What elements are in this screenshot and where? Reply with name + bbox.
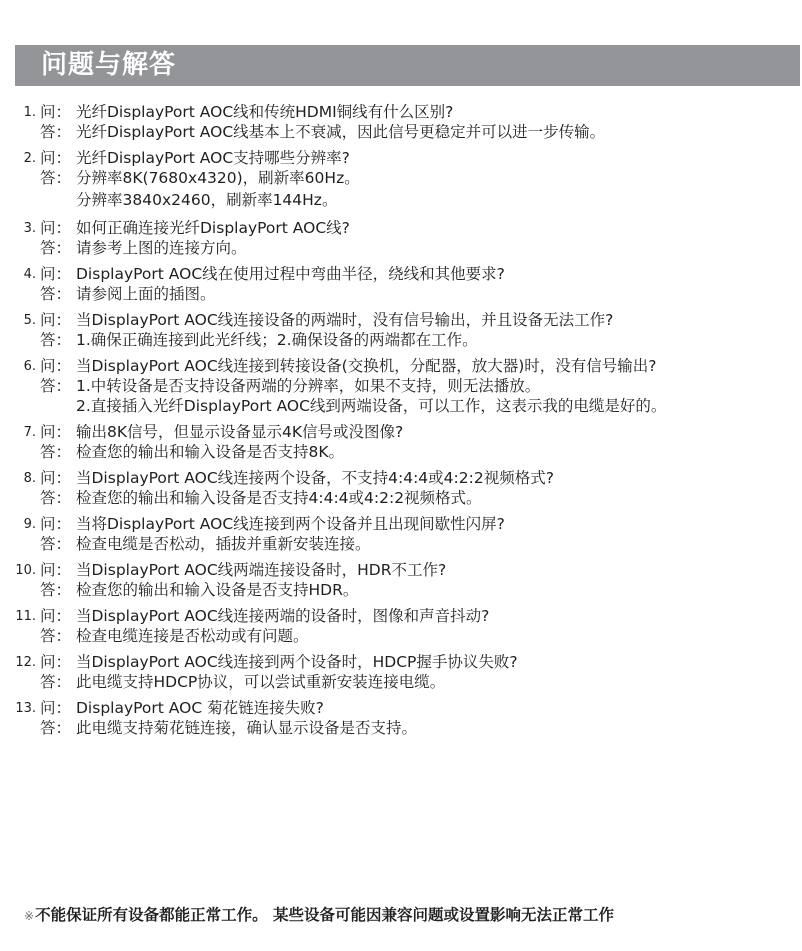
question-line: 4. 问： DisplayPort AOC线在使用过程中弯曲半径，绕线和其他要求… <box>0 264 802 284</box>
answer-line: 答： 此电缆支持HDCP协议，可以尝试重新安装连接电缆。 <box>0 672 802 692</box>
faq-item-5: 5. 问： 当DisplayPort AOC线连接设备的两端时，没有信号输出，并… <box>0 310 802 350</box>
question-text: 当DisplayPort AOC线连接两个设备，不支持4:4:4或4:2:2视频… <box>76 468 554 488</box>
answer-text: 检查您的输出和输入设备是否支持HDR。 <box>76 580 358 600</box>
question-text: 当将DisplayPort AOC线连接到两个设备并且出现间歇性闪屏? <box>76 514 505 534</box>
answer-label: 答： <box>40 122 71 142</box>
answer-text: 检查电缆连接是否松动或有问题。 <box>76 626 309 646</box>
question-text: 当DisplayPort AOC线连接两端的设备时，图像和声音抖动? <box>76 606 489 626</box>
answer-text: 分辨率3840x2460，刷新率144Hz。 <box>76 188 337 212</box>
question-label: 问： <box>40 514 71 534</box>
answer-line: 答： 请参考上图的连接方向。 <box>0 238 802 258</box>
item-number: 8. <box>24 468 36 489</box>
item-number: 1. <box>24 102 36 123</box>
answer-line: 答： 请参阅上面的插图。 <box>0 284 802 304</box>
question-label: 问： <box>40 148 71 168</box>
question-line: 13. 问： DisplayPort AOC 菊花链连接失败? <box>0 698 802 718</box>
question-label: 问： <box>40 468 71 488</box>
item-number: 12. <box>15 652 36 673</box>
question-text: 光纤DisplayPort AOC支持哪些分辨率? <box>76 148 350 168</box>
faq-item-7: 7. 问： 输出8K信号，但显示设备显示4K信号或没图像? 答： 检查您的输出和… <box>0 422 802 462</box>
question-text: DisplayPort AOC线在使用过程中弯曲半径，绕线和其他要求? <box>76 264 505 284</box>
answer-text: 请参阅上面的插图。 <box>76 284 216 304</box>
answer-label: 答： <box>40 488 71 508</box>
answer-text: 光纤DisplayPort AOC线基本上不衰减，因此信号更稳定并可以进一步传输… <box>76 122 605 142</box>
question-line: 9. 问： 当将DisplayPort AOC线连接到两个设备并且出现间歇性闪屏… <box>0 514 802 534</box>
question-line: 12. 问： 当DisplayPort AOC线连接到两个设备时，HDCP握手协… <box>0 652 802 672</box>
faq-item-3: 3. 问： 如何正确连接光纤DisplayPort AOC线? 答： 请参考上图… <box>0 218 802 258</box>
faq-item-13: 13. 问： DisplayPort AOC 菊花链连接失败? 答： 此电缆支持… <box>0 698 802 738</box>
answer-text: 1.确保正确连接到此光纤线；2.确保设备的两端都在工作。 <box>76 330 478 350</box>
question-text: 当DisplayPort AOC线连接到转接设备(交换机，分配器，放大器)时，没… <box>76 356 656 376</box>
question-line: 11. 问： 当DisplayPort AOC线连接两端的设备时，图像和声音抖动… <box>0 606 802 626</box>
faq-item-1: 1. 问： 光纤DisplayPort AOC线和传统HDMI铜线有什么区别? … <box>0 102 802 142</box>
answer-text: 检查您的输出和输入设备是否支持4:4:4或4:2:2视频格式。 <box>76 488 482 508</box>
question-label: 问： <box>40 422 71 442</box>
answer-line: 答： 此电缆支持菊花链连接，确认显示设备是否支持。 <box>0 718 802 738</box>
question-line: 10. 问： 当DisplayPort AOC线两端连接设备时，HDR不工作? <box>0 560 802 580</box>
question-line: 6. 问： 当DisplayPort AOC线连接到转接设备(交换机，分配器，放… <box>0 356 802 376</box>
answer-line-continued: 2.直接插入光纤DisplayPort AOC线到两端设备，可以工作，这表示我的… <box>0 396 802 416</box>
question-text: 输出8K信号，但显示设备显示4K信号或没图像? <box>76 422 403 442</box>
item-number: 5. <box>24 310 36 331</box>
question-text: 当DisplayPort AOC线两端连接设备时，HDR不工作? <box>76 560 446 580</box>
question-line: 5. 问： 当DisplayPort AOC线连接设备的两端时，没有信号输出，并… <box>0 310 802 330</box>
answer-label: 答： <box>40 580 71 600</box>
item-number: 4. <box>24 264 36 285</box>
answer-text: 1.中转设备是否支持设备两端的分辨率，如果不支持，则无法播放。 <box>76 376 540 396</box>
question-label: 问： <box>40 356 71 376</box>
answer-line-continued: 分辨率3840x2460，刷新率144Hz。 <box>0 188 802 212</box>
answer-line: 答： 检查您的输出和输入设备是否支持8K。 <box>0 442 802 462</box>
question-line: 1. 问： 光纤DisplayPort AOC线和传统HDMI铜线有什么区别? <box>0 102 802 122</box>
answer-line: 答： 1.确保正确连接到此光纤线；2.确保设备的两端都在工作。 <box>0 330 802 350</box>
answer-line: 答： 分辨率8K(7680x4320)，刷新率60Hz。 <box>0 168 802 188</box>
question-text: 如何正确连接光纤DisplayPort AOC线? <box>76 218 350 238</box>
answer-line: 答： 检查您的输出和输入设备是否支持4:4:4或4:2:2视频格式。 <box>0 488 802 508</box>
answer-label: 答： <box>40 718 71 738</box>
answer-text: 检查您的输出和输入设备是否支持8K。 <box>76 442 344 462</box>
disclaimer-text: 不能保证所有设备都能正常工作。 某些设备可能因兼容问题或设置影响无法正常工作 <box>35 906 614 924</box>
question-label: 问： <box>40 264 71 284</box>
answer-label: 答： <box>40 442 71 462</box>
answer-line: 答： 光纤DisplayPort AOC线基本上不衰减，因此信号更稳定并可以进一… <box>0 122 802 142</box>
faq-list: 1. 问： 光纤DisplayPort AOC线和传统HDMI铜线有什么区别? … <box>0 102 802 744</box>
question-line: 8. 问： 当DisplayPort AOC线连接两个设备，不支持4:4:4或4… <box>0 468 802 488</box>
answer-line: 答： 1.中转设备是否支持设备两端的分辨率，如果不支持，则无法播放。 <box>0 376 802 396</box>
faq-item-2: 2. 问： 光纤DisplayPort AOC支持哪些分辨率? 答： 分辨率8K… <box>0 148 802 212</box>
item-number: 6. <box>24 356 36 377</box>
item-number: 2. <box>24 148 36 169</box>
question-line: 7. 问： 输出8K信号，但显示设备显示4K信号或没图像? <box>0 422 802 442</box>
question-label: 问： <box>40 652 71 672</box>
question-text: 光纤DisplayPort AOC线和传统HDMI铜线有什么区别? <box>76 102 453 122</box>
faq-item-11: 11. 问： 当DisplayPort AOC线连接两端的设备时，图像和声音抖动… <box>0 606 802 646</box>
answer-label: 答： <box>40 626 71 646</box>
question-line: 2. 问： 光纤DisplayPort AOC支持哪些分辨率? <box>0 148 802 168</box>
item-number: 7. <box>24 422 36 443</box>
question-label: 问： <box>40 698 71 718</box>
answer-label: 答： <box>40 330 71 350</box>
page-title: 问题与解答 <box>41 48 176 82</box>
question-text: 当DisplayPort AOC线连接设备的两端时，没有信号输出，并且设备无法工… <box>76 310 613 330</box>
answer-line: 答： 检查您的输出和输入设备是否支持HDR。 <box>0 580 802 600</box>
answer-label: 答： <box>40 168 71 188</box>
question-label: 问： <box>40 102 71 122</box>
question-label: 问： <box>40 560 71 580</box>
answer-text: 检查电缆是否松动，插拔并重新安装连接。 <box>76 534 371 554</box>
answer-label: 答： <box>40 672 71 692</box>
answer-text: 请参考上图的连接方向。 <box>76 238 247 258</box>
item-number: 3. <box>24 218 36 239</box>
disclaimer-footnote: ※不能保证所有设备都能正常工作。 某些设备可能因兼容问题或设置影响无法正常工作 <box>24 904 614 927</box>
answer-line: 答： 检查电缆连接是否松动或有问题。 <box>0 626 802 646</box>
faq-item-9: 9. 问： 当将DisplayPort AOC线连接到两个设备并且出现间歇性闪屏… <box>0 514 802 554</box>
answer-text: 分辨率8K(7680x4320)，刷新率60Hz。 <box>76 168 360 188</box>
question-label: 问： <box>40 218 71 238</box>
question-text: 当DisplayPort AOC线连接到两个设备时，HDCP握手协议失败? <box>76 652 518 672</box>
question-text: DisplayPort AOC 菊花链连接失败? <box>76 698 324 718</box>
faq-item-10: 10. 问： 当DisplayPort AOC线两端连接设备时，HDR不工作? … <box>0 560 802 600</box>
item-number: 10. <box>15 560 36 581</box>
answer-line: 答： 检查电缆是否松动，插拔并重新安装连接。 <box>0 534 802 554</box>
answer-text: 此电缆支持菊花链连接，确认显示设备是否支持。 <box>76 718 417 738</box>
question-line: 3. 问： 如何正确连接光纤DisplayPort AOC线? <box>0 218 802 238</box>
answer-label: 答： <box>40 534 71 554</box>
answer-text: 2.直接插入光纤DisplayPort AOC线到两端设备，可以工作，这表示我的… <box>76 396 666 416</box>
answer-label: 答： <box>40 284 71 304</box>
item-number: 9. <box>24 514 36 535</box>
faq-item-12: 12. 问： 当DisplayPort AOC线连接到两个设备时，HDCP握手协… <box>0 652 802 692</box>
reference-mark-icon: ※ <box>24 909 34 923</box>
question-label: 问： <box>40 310 71 330</box>
item-number: 11. <box>15 606 36 627</box>
faq-item-6: 6. 问： 当DisplayPort AOC线连接到转接设备(交换机，分配器，放… <box>0 356 802 416</box>
answer-label: 答： <box>40 238 71 258</box>
section-title-bar: 问题与解答 <box>15 45 800 86</box>
answer-text: 此电缆支持HDCP协议，可以尝试重新安装连接电缆。 <box>76 672 445 692</box>
answer-label: 答： <box>40 376 71 396</box>
question-label: 问： <box>40 606 71 626</box>
faq-item-8: 8. 问： 当DisplayPort AOC线连接两个设备，不支持4:4:4或4… <box>0 468 802 508</box>
item-number: 13. <box>15 698 36 719</box>
faq-item-4: 4. 问： DisplayPort AOC线在使用过程中弯曲半径，绕线和其他要求… <box>0 264 802 304</box>
